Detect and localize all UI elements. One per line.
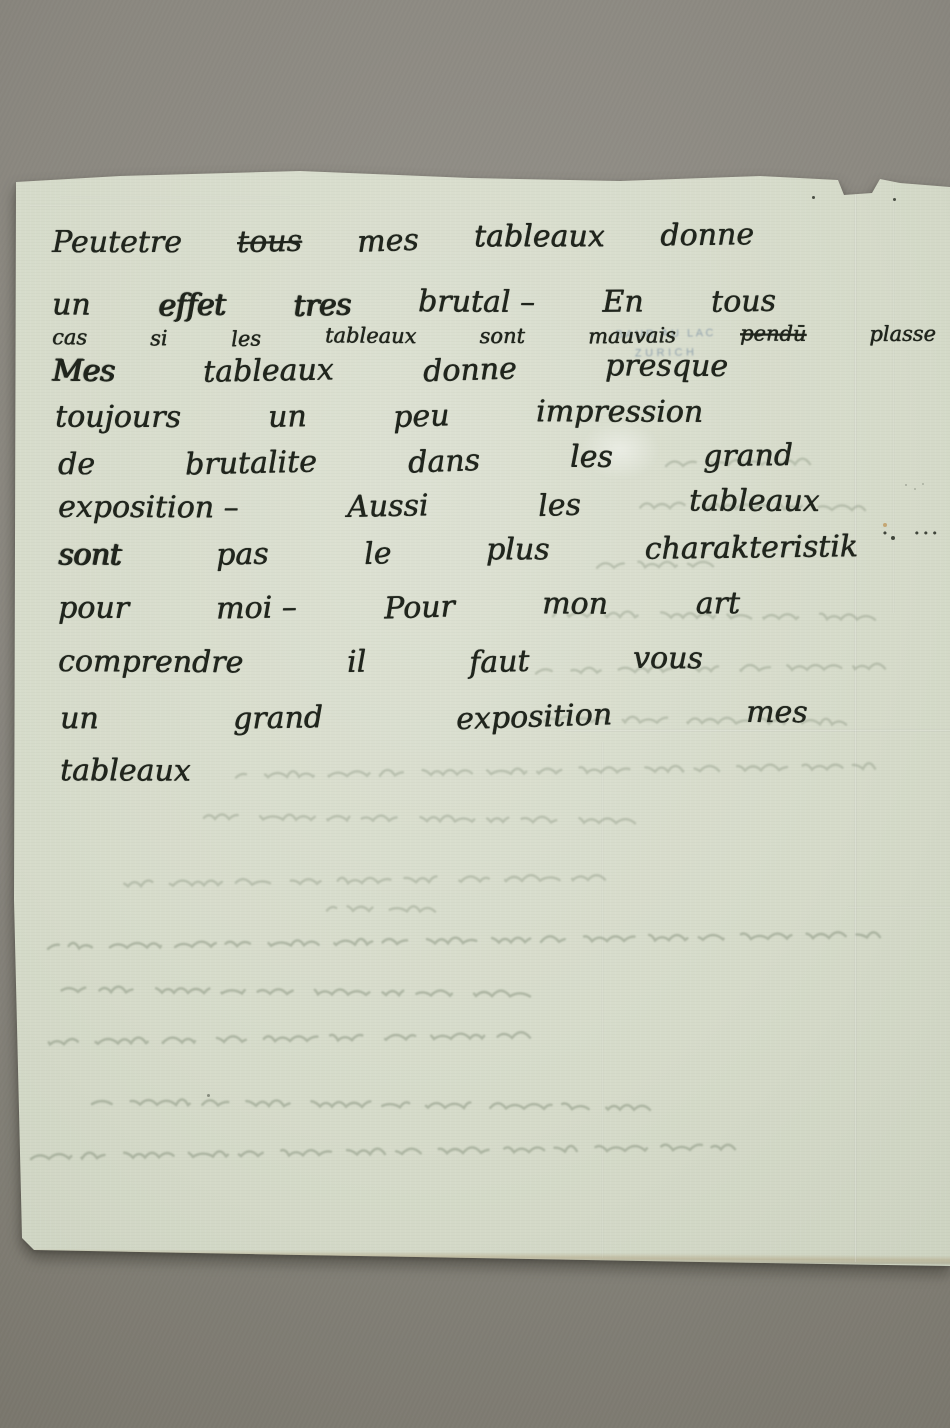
horizontal-fold-crease [30, 204, 320, 207]
handwritten-word: Pour [384, 589, 456, 626]
handwritten-word: peu [392, 398, 449, 435]
handwritten-word: plasse [869, 322, 936, 346]
handwritten-word: Aussi [347, 488, 429, 525]
handwritten-word: vous [633, 641, 703, 676]
handwritten-word: mes [357, 223, 420, 260]
handwritten-word: sont [479, 324, 525, 348]
handwritten-word: art [696, 586, 741, 621]
handwritten-word: tres [292, 287, 351, 324]
handwritten-word: de [58, 447, 95, 482]
ink-speck [891, 536, 895, 540]
handwritten-word: toujours [55, 400, 181, 435]
handwritten-word: cas [52, 325, 87, 349]
handwritten-word: sont [58, 537, 121, 572]
handwritten-word: pas [216, 537, 269, 573]
handwritten-word: tableaux [689, 483, 820, 518]
handwritten-word: dans [407, 443, 480, 481]
handwriting-line: cassilestableauxsontmauvaispendūplasse [52, 322, 936, 351]
handwritten-word: mon [542, 586, 608, 621]
handwriting-line: Mestableauxdonnepresque [52, 349, 728, 390]
handwritten-word: les [537, 488, 581, 524]
ink-speck [893, 198, 896, 201]
ink-speck [905, 484, 907, 486]
ink-speck [922, 483, 924, 485]
handwriting-line: ungrandexpositionmes [60, 696, 808, 738]
handwritten-word: mauvais [588, 323, 676, 348]
handwritten-word: tous [711, 284, 776, 320]
handwritten-word: pour [58, 590, 129, 625]
vertical-fold-crease [892, 183, 895, 613]
handwriting-line: pourmoi –Pourmonart [58, 586, 740, 627]
handwritten-word: pendū [739, 321, 806, 346]
handwritten-word: les [231, 326, 262, 351]
handwritten-word: brutal – [418, 284, 535, 320]
handwritten-word: un [60, 701, 99, 736]
handwritten-word: Mes [52, 354, 115, 389]
ink-speck [914, 488, 916, 490]
handwritten-word: il [346, 645, 366, 680]
handwritten-word: exposition – [58, 490, 239, 526]
handwritten-word: tous [237, 224, 303, 260]
handwritten-word: un [52, 287, 91, 322]
handwriting-line: comprendreilfautvous [58, 642, 703, 682]
handwritten-word: grand [232, 700, 323, 737]
handwriting-line: uneffettresbrutal –Entous [52, 283, 776, 323]
handwritten-word: si [150, 326, 168, 350]
handwritten-word: donne [422, 351, 517, 389]
letter-paper: BAUR AU LAC ZURICH Peutetretousmestablea… [0, 0, 950, 1428]
handwritten-word: un [267, 399, 306, 435]
bleedthrough-line [60, 979, 530, 1010]
handwritten-word: Peutetre [52, 225, 182, 260]
handwritten-word: tableaux [325, 323, 417, 348]
handwritten-word: charakteristik [644, 529, 858, 567]
handwritten-word: faut [469, 644, 530, 681]
handwritten-word: effet [158, 288, 226, 324]
handwritten-word: impression [536, 394, 703, 430]
handwritten-word: donne [660, 217, 754, 253]
handwriting-line: toujoursunpeuimpression [55, 395, 703, 437]
handwritten-word: tableaux [60, 753, 191, 788]
handwritten-word: En [602, 284, 643, 319]
handwritten-word: comprendre [58, 644, 243, 680]
handwritten-word: tableaux [203, 352, 334, 389]
letter-paper-wrap: BAUR AU LAC ZURICH Peutetretousmestablea… [0, 0, 950, 1428]
handwritten-word: brutalite [185, 444, 318, 482]
ink-speck [883, 523, 887, 527]
handwritten-word: moi – [216, 590, 297, 626]
handwritten-word: exposition [456, 697, 613, 737]
handwritten-word: plus [486, 532, 550, 567]
handwriting-line: tableaux [60, 753, 260, 790]
ink-speck [812, 196, 815, 199]
horizontal-fold-crease [60, 196, 290, 199]
bleedthrough-line [330, 897, 435, 924]
handwritten-word: grand [703, 438, 793, 474]
handwritten-word: les [570, 440, 613, 475]
trailing-ink-dots: · ··· [882, 524, 941, 544]
handwritten-word: presque [605, 348, 728, 384]
photo-stage: BAUR AU LAC ZURICH Peutetretousmestablea… [0, 0, 950, 1428]
handwritten-word: mes [746, 695, 808, 730]
handwritten-word: tableaux [474, 219, 605, 254]
handwritten-word: le [363, 536, 392, 572]
ink-speck [207, 1094, 210, 1097]
horizontal-fold-crease [848, 906, 950, 909]
bleedthrough-line [205, 806, 635, 837]
